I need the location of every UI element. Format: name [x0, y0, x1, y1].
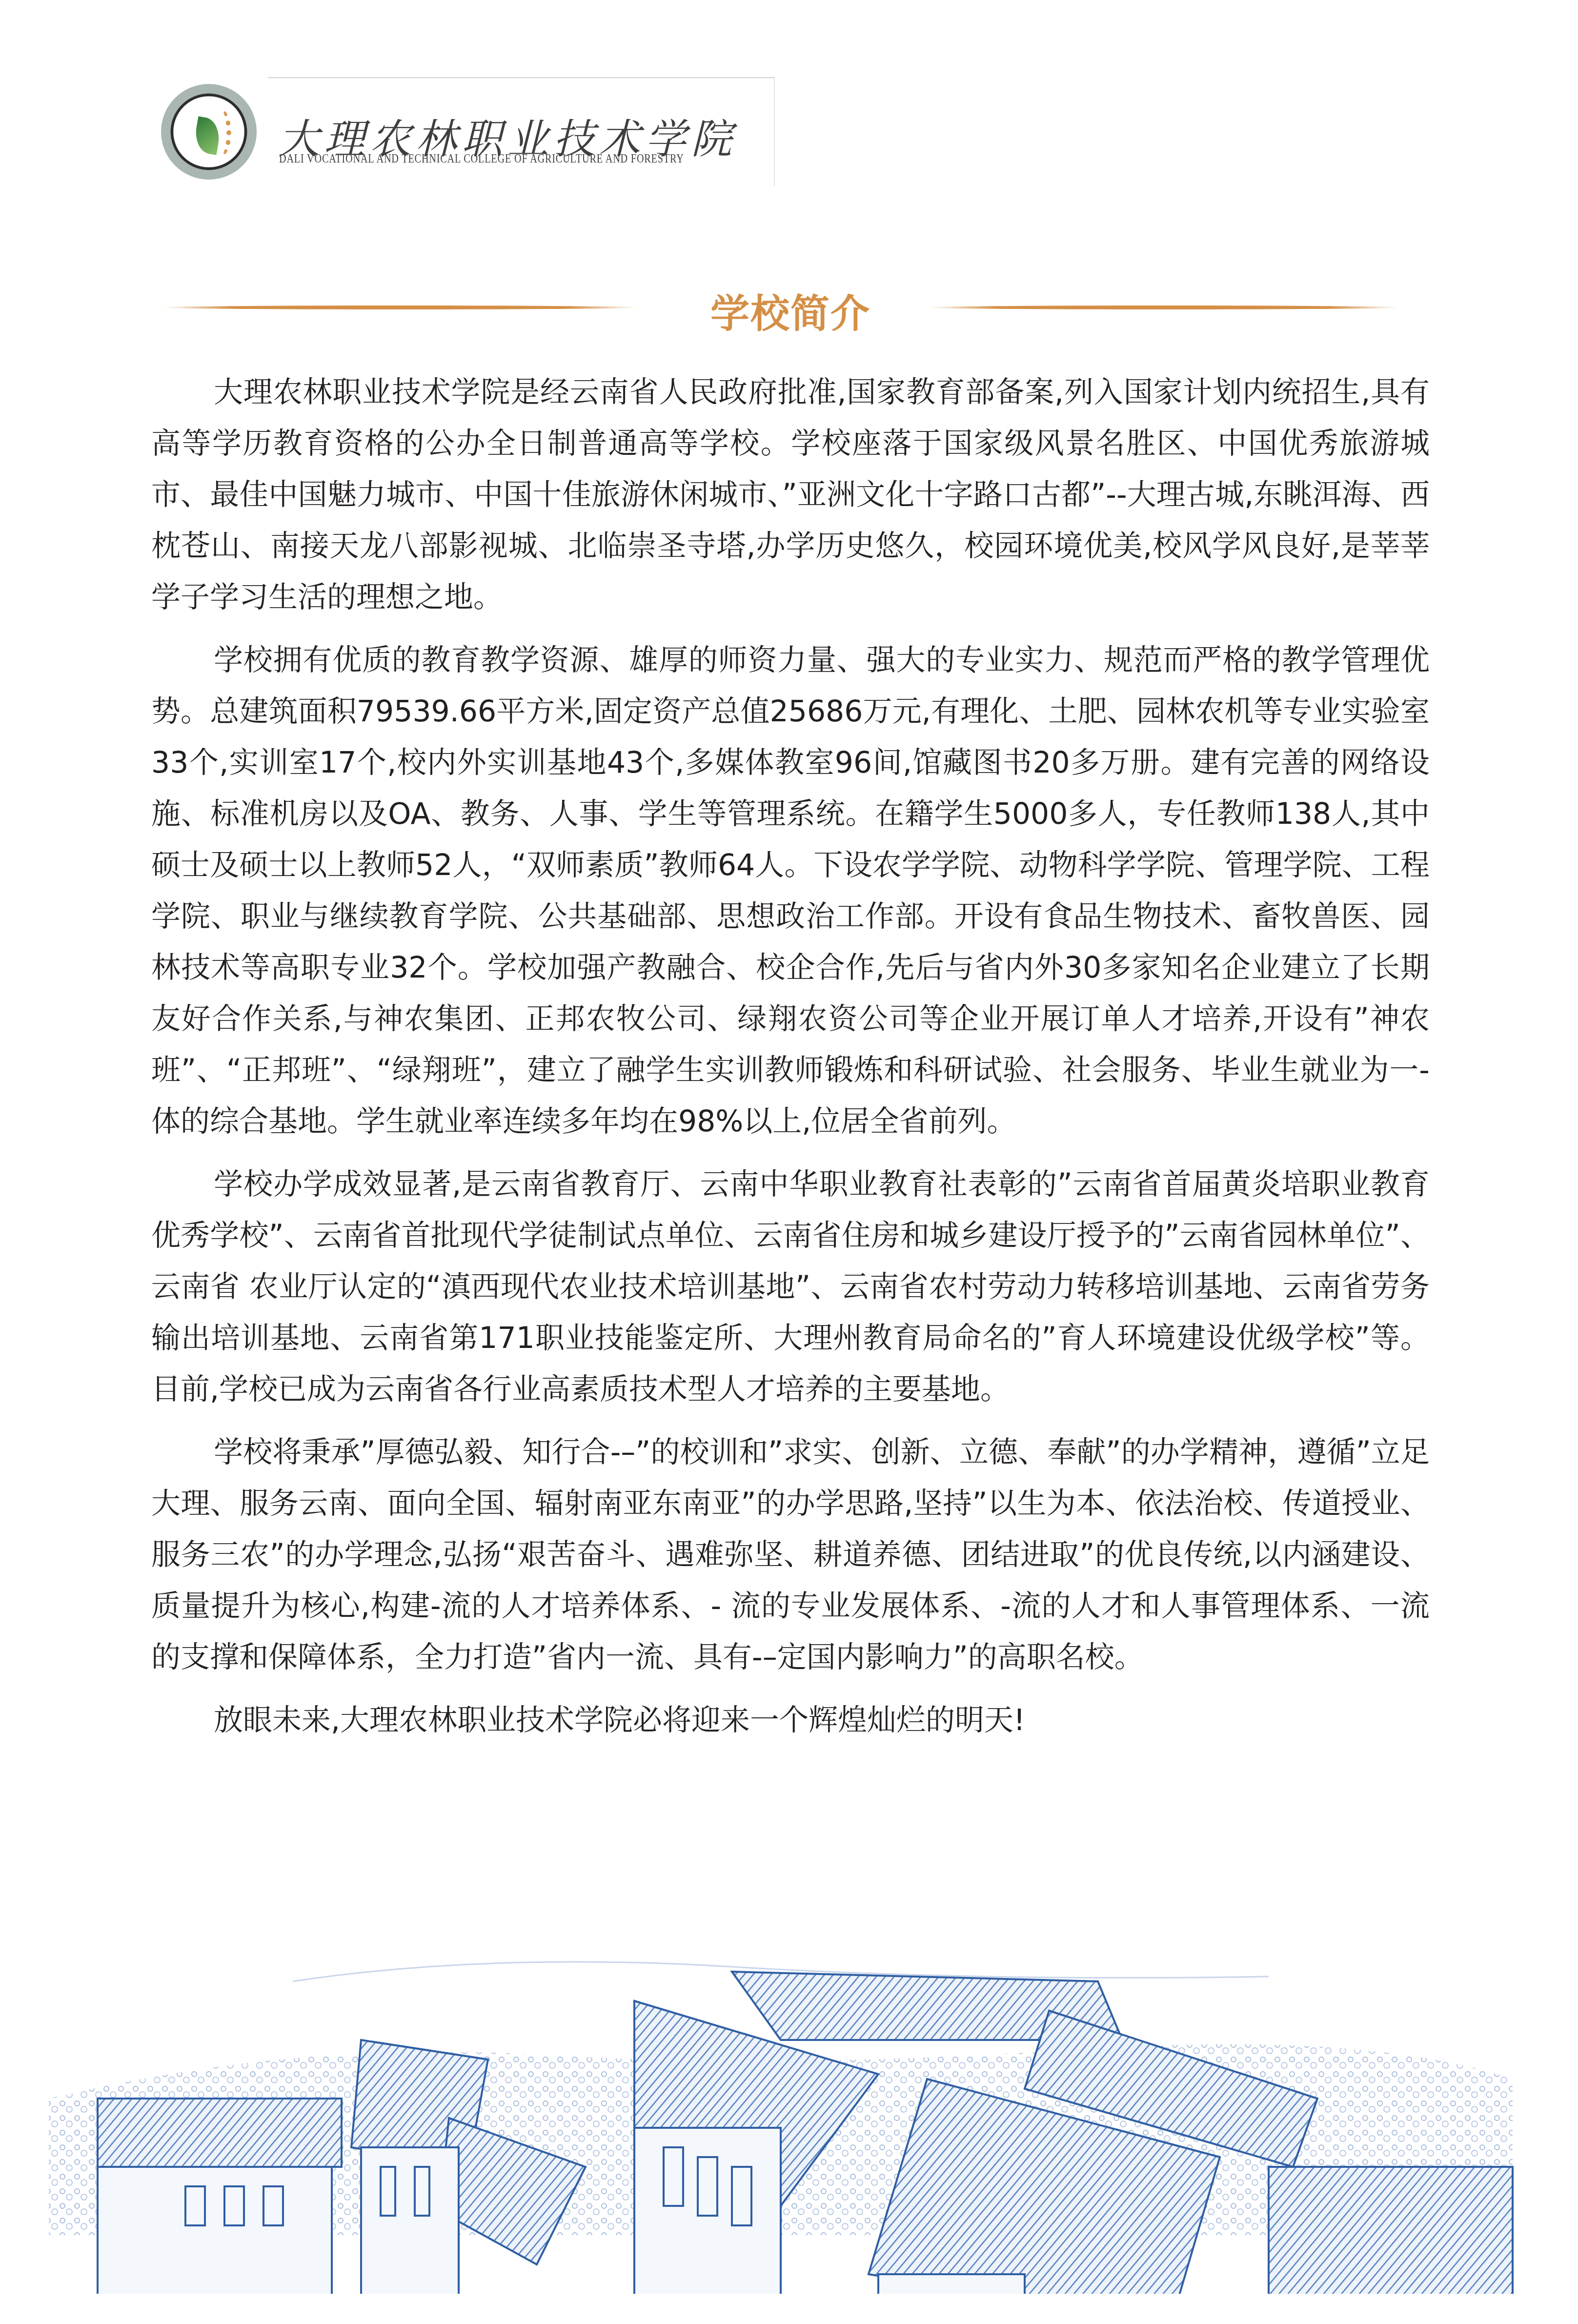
paragraph-overview: 大理农林职业技术学院是经云南省人民政府批准,国家教育部备案,列入国家计划内统招生…	[151, 367, 1430, 623]
paragraph-resources: 学校拥有优质的教育教学资源、雄厚的师资力量、强大的专业实力、规范而严格的教学管理…	[151, 635, 1430, 1147]
paragraph-achievements: 学校办学成效显著,是云南省教育厅、云南中华职业教育社表彰的”云南省首届黄炎培职业…	[151, 1159, 1430, 1415]
wheat-icon	[209, 108, 231, 157]
paragraph-closing: 放眼未来,大理农林职业技术学院必将迎来一个辉煌灿烂的明天!	[151, 1695, 1430, 1746]
decorative-rule-left	[161, 306, 639, 309]
introduction-body: 大理农林职业技术学院是经云南省人民政府批准,国家教育部备案,列入国家计划内统招生…	[151, 367, 1430, 1758]
college-logo: 大理农林职业技术学院 DALI VOCATIONAL AND TECHNICAL…	[155, 77, 775, 185]
logo-english-name: DALI VOCATIONAL AND TECHNICAL COLLEGE OF…	[279, 151, 684, 166]
section-header: 学校简介	[161, 278, 1400, 337]
logo-wordmark: 大理农林职业技术学院 DALI VOCATIONAL AND TECHNICAL…	[268, 77, 775, 186]
page-title: 学校简介	[703, 282, 878, 338]
college-emblem-icon	[161, 84, 257, 180]
town-sketch-icon	[0, 1894, 1578, 2324]
decorative-rule-right	[927, 306, 1400, 309]
rooftops-illustration	[0, 1894, 1578, 2324]
paragraph-mission: 学校将秉承”厚德弘毅、知行合-–”的校训和”求实、创新、立德、奉献”的办学精神，…	[151, 1427, 1430, 1683]
